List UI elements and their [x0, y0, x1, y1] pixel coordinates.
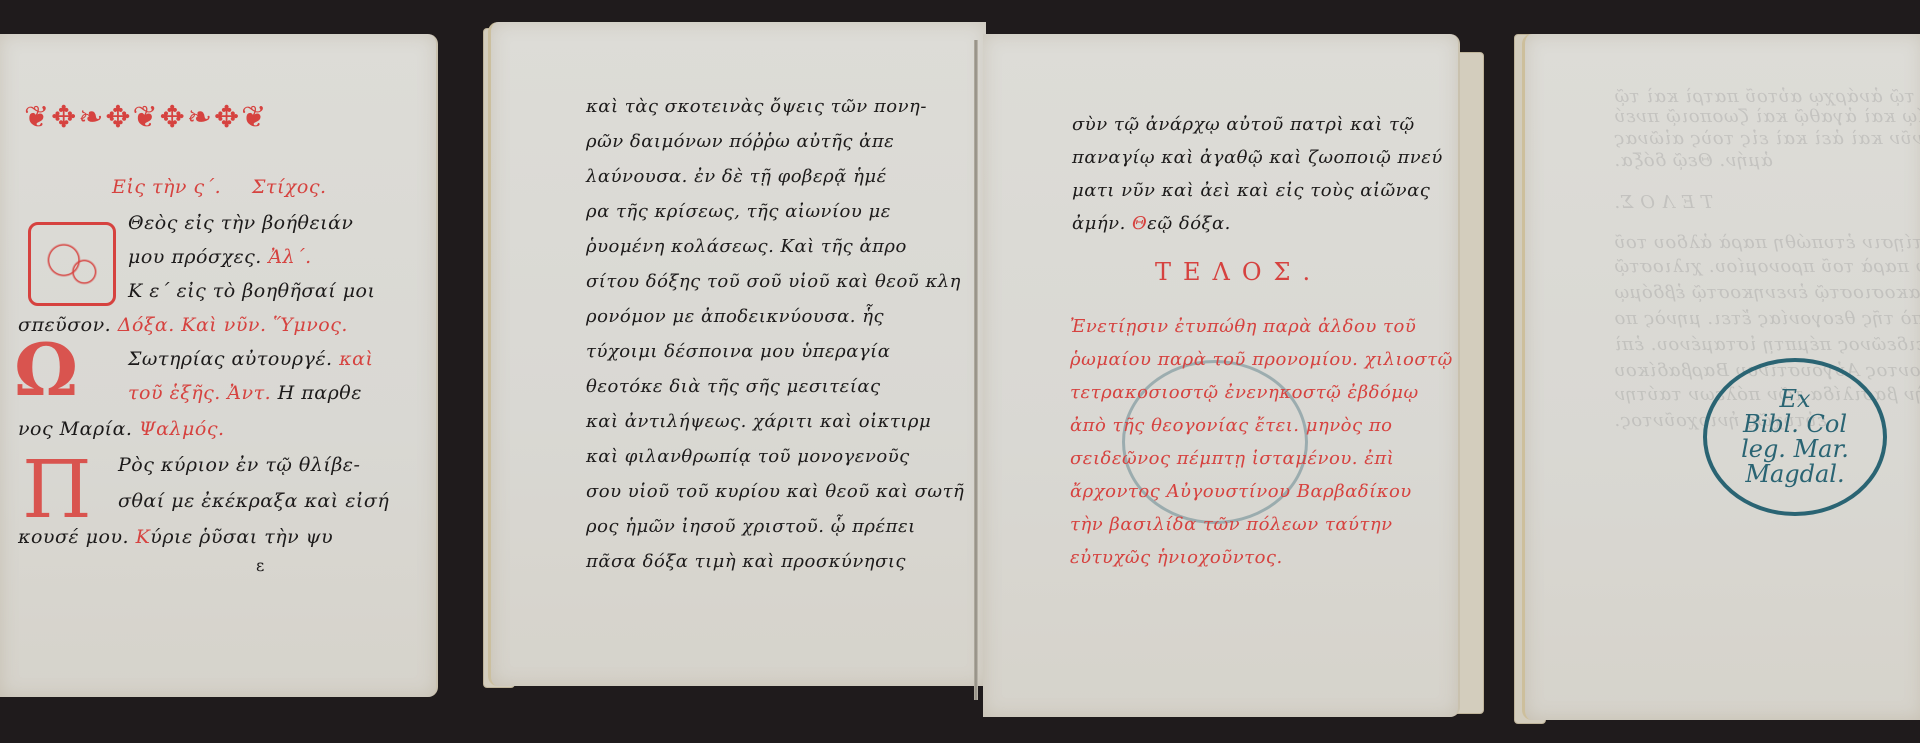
text-line: ῥυομένη κολάσεως. Καὶ τῆς ἀπρο — [586, 236, 907, 257]
initial-pi: Π — [22, 450, 92, 530]
body-text: ρα τῆς κρίσεως, τῆς αἰωνίου με — [586, 201, 891, 222]
body-text: ἀμήν. — [1072, 213, 1132, 234]
text-line: τετρακοσιοστῷ ἐνενηκοστῷ ἐβδόμῳ — [1070, 382, 1419, 403]
show-through-line: ῥωμαίου παρὰ τοῦ προνομίου. χιλιοστῷ — [1614, 256, 1920, 277]
rubric-text: Κ — [136, 526, 151, 548]
text-line: ἀμήν. Θεῷ δόξα. — [1072, 213, 1231, 234]
rubric-text: Δόξα. Καὶ νῦν. Ὕμνος. — [118, 314, 348, 336]
body-text: καὶ φιλανθρωπίᾳ τοῦ μονογενοῦς — [586, 446, 910, 467]
text-line: εὐτυχῶς ἡνιοχοῦντος. — [1070, 547, 1283, 568]
body-text: τύχοιμι δέσποινα μου ὑπεραγία — [586, 341, 890, 362]
body-text: Σωτηρίας αὐτουργέ. — [128, 348, 333, 370]
text-line: σου υἱοῦ τοῦ κυρίου καὶ θεοῦ καὶ σωτῆ — [586, 481, 964, 502]
text-line: θεοτόκε διὰ τῆς σῆς μεσιτείας — [586, 376, 881, 397]
rubric-text: τετρακοσιοστῷ ἐνενηκοστῷ ἐβδόμῳ — [1070, 382, 1419, 403]
text-line: λαύνουσα. ἐν δὲ τῇ φοβερᾷ ἡμέ — [586, 166, 887, 187]
text-line: καὶ φιλανθρωπίᾳ τοῦ μονογενοῦς — [586, 446, 910, 467]
body-text: ρῶν δαιμόνων πόῤῥω αὐτῆς ἀπε — [586, 131, 894, 152]
stamp-line: leg. Mar. — [1741, 437, 1849, 462]
heading-left: Εἰς τὴν ς΄. — [112, 176, 221, 198]
text-line: Ἐνετίῃσιν ἐτυπώθη παρὰ ἀλδου τοῦ — [1070, 316, 1416, 337]
show-through-line: σὺν τῷ ἀνάρχῳ αὐτοῦ πατρὶ καὶ τῷ — [1614, 86, 1920, 107]
text-line: καὶ ἀντιλήψεως. χάριτι καὶ οἰκτιρμ — [586, 411, 931, 432]
rubric-text: τὴν βασιλίδα τῶν πόλεων ταύτην — [1070, 514, 1393, 535]
rubric-text: σειδεῶνος πέμπτῃ ἱσταμένου. ἐπὶ — [1070, 448, 1394, 469]
text-line: σίτου δόξης τοῦ σοῦ υἱοῦ καὶ θεοῦ κλη — [586, 271, 961, 292]
show-through-line: Τ Ε Λ Ο Σ. — [1614, 192, 1713, 213]
text-line: σὺν τῷ ἀνάρχῳ αὐτοῦ πατρὶ καὶ τῷ — [1072, 114, 1415, 135]
rubric-text: ἄρχοντος Αὐγουστίνου Βαρβαδίκου — [1070, 481, 1412, 502]
text-line: καὶ τὰς σκοτεινὰς ὄψεις τῶν πονη- — [586, 96, 927, 117]
stamp-line: Bibl. Col — [1743, 412, 1847, 437]
heading-right: Στίχος. — [252, 176, 327, 198]
show-through-line: ἀπὸ τῆς θεογονίας ἔτει. μηνὸς πο — [1614, 308, 1920, 329]
text-line: πᾶσα δόξα τιμὴ καὶ προσκύνησις — [586, 551, 906, 572]
text-line: σειδεῶνος πέμπτῃ ἱσταμένου. ἐπὶ — [1070, 448, 1394, 469]
body-text: νος Μαρία. — [18, 418, 132, 440]
spine-gutter — [974, 40, 978, 700]
body-text: σθαί με ἐκέκραξα καὶ εἰσή — [118, 490, 389, 512]
rubric-text: καὶ — [333, 348, 374, 370]
stamp-line: Magdal. — [1745, 462, 1844, 487]
decorated-initial-theta — [28, 222, 116, 306]
body-text: ῥυομένη κολάσεως. Καὶ τῆς ἀπρο — [586, 236, 907, 257]
text-line: ρος ἡμῶν ἰησοῦ χριστοῦ. ᾧ πρέπει — [586, 516, 916, 537]
text-line: ρονόμον με ἀποδεικνύουσα. ἧς — [586, 306, 884, 327]
rubric-text: Θ — [1132, 213, 1147, 234]
text-line: ματι νῦν καὶ ἀεὶ καὶ εἰς τοὺς αἰῶνας — [1072, 180, 1430, 201]
body-text: ρος ἡμῶν ἰησοῦ χριστοῦ. ᾧ πρέπει — [586, 516, 916, 537]
body-text: Η παρθε — [271, 382, 362, 404]
rubric-text: τοῦ ἑξῆς. Ἀντ. — [128, 382, 271, 404]
text-line: τὴν βασιλίδα τῶν πόλεων ταύτην — [1070, 514, 1393, 535]
body-text: Θεὸς εἰς τὴν βοήθειάν — [128, 212, 353, 234]
body-text: ματι νῦν καὶ ἀεὶ καὶ εἰς τοὺς αἰῶνας — [1072, 180, 1430, 201]
show-through-line: ἀμήν. Θεῷ δόξα. — [1614, 150, 1773, 171]
show-through-line: παναγίῳ καὶ ἀγαθῷ καὶ ζωοποιῷ πνεύ — [1614, 106, 1920, 127]
text-line: Κ ε΄ εἰς τὸ βοηθῆσαί μοι — [128, 280, 375, 302]
body-text: μου πρόσχες. — [128, 246, 262, 268]
rubric-text: Ἀλ΄. — [262, 246, 312, 268]
body-text: καὶ ἀντιλήψεως. χάριτι καὶ οἰκτιρμ — [586, 411, 931, 432]
show-through-line: σειδεῶνος πέμπτῃ ἱσταμένου. ἐπὶ — [1614, 334, 1920, 355]
text-line: παναγίῳ καὶ ἀγαθῷ καὶ ζωοποιῷ πνεύ — [1072, 147, 1443, 168]
show-through-line: ματι νῦν καὶ ἀεὶ καὶ εἰς τοὺς αἰῶνας — [1614, 128, 1920, 149]
text-line: Σωτηρίας αὐτουργέ. καὶ — [128, 348, 373, 370]
text-line: νος Μαρία. Ψαλμός. — [18, 418, 225, 440]
show-through-line: τετρακοσιοστῷ ἐνενηκοστῷ ἐβδόμῳ — [1614, 282, 1920, 303]
folio-number: ε — [256, 556, 264, 575]
text-line: ρα τῆς κρίσεως, τῆς αἰωνίου με — [586, 201, 891, 222]
text-line: Θεὸς εἰς τὴν βοήθειάν — [128, 212, 353, 234]
text-line: μου πρόσχες. Ἀλ΄. — [128, 246, 312, 268]
body-text: ύριε ῥῦσαι τὴν ψυ — [150, 526, 333, 548]
rubric-text: εὐτυχῶς ἡνιοχοῦντος. — [1070, 547, 1283, 568]
rubric-text: Ἐνετίῃσιν ἐτυπώθη παρὰ ἀλδου τοῦ — [1070, 316, 1416, 337]
body-text: σὺν τῷ ἀνάρχῳ αὐτοῦ πατρὶ καὶ τῷ — [1072, 114, 1415, 135]
text-line: Ρὸς κύριον ἐν τῷ θλίβε- — [118, 454, 360, 476]
body-text: Κ ε΄ εἰς τὸ βοηθῆσαί μοι — [128, 280, 375, 302]
text-line: ῥωμαίου παρὰ τοῦ προνομίου. χιλιοστῷ — [1070, 349, 1453, 370]
text-line: τύχοιμι δέσποινα μου ὑπεραγία — [586, 341, 890, 362]
text-line: ρῶν δαιμόνων πόῤῥω αὐτῆς ἀπε — [586, 131, 894, 152]
text-line: ἀπὸ τῆς θεογονίας ἔτει. μηνὸς πο — [1070, 415, 1392, 436]
library-ownership-stamp: Ex Bibl. Col leg. Mar. Magdal. — [1703, 358, 1887, 516]
show-through-line: Ἐνετίῃσιν ἐτυπώθη παρὰ ἀλδου τοῦ — [1614, 232, 1920, 253]
body-text: ρονόμον με ἀποδεικνύουσα. ἧς — [586, 306, 884, 327]
body-text: λαύνουσα. ἐν δὲ τῇ φοβερᾷ ἡμέ — [586, 166, 887, 187]
red-ornament-band: ❦✥❧✥❦✥❧✥❦ — [24, 100, 314, 138]
rubric-text: ἀπὸ τῆς θεογονίας ἔτει. μηνὸς πο — [1070, 415, 1392, 436]
body-text: σίτου δόξης τοῦ σοῦ υἱοῦ καὶ θεοῦ κλη — [586, 271, 961, 292]
end-title: ΤΕΛΟΣ. — [1155, 258, 1322, 286]
body-text: εῷ δόξα. — [1147, 213, 1231, 234]
stamp-line: Ex — [1779, 387, 1810, 412]
text-line: ἄρχοντος Αὐγουστίνου Βαρβαδίκου — [1070, 481, 1412, 502]
initial-omega: Ω — [14, 334, 78, 406]
body-text: σου υἱοῦ τοῦ κυρίου καὶ θεοῦ καὶ σωτῆ — [586, 481, 964, 502]
body-text: καὶ τὰς σκοτεινὰς ὄψεις τῶν πονη- — [586, 96, 927, 117]
rubric-text: ῥωμαίου παρὰ τοῦ προνομίου. χιλιοστῷ — [1070, 349, 1453, 370]
text-line: τοῦ ἑξῆς. Ἀντ. Η παρθε — [128, 382, 362, 404]
text-line: σθαί με ἐκέκραξα καὶ εἰσή — [118, 490, 389, 512]
body-text: παναγίῳ καὶ ἀγαθῷ καὶ ζωοποιῷ πνεύ — [1072, 147, 1443, 168]
body-text: θεοτόκε διὰ τῆς σῆς μεσιτείας — [586, 376, 881, 397]
rubric-text: Ψαλμός. — [132, 418, 224, 440]
body-text: πᾶσα δόξα τιμὴ καὶ προσκύνησις — [586, 551, 906, 572]
body-text: Ρὸς κύριον ἐν τῷ θλίβε- — [118, 454, 360, 476]
